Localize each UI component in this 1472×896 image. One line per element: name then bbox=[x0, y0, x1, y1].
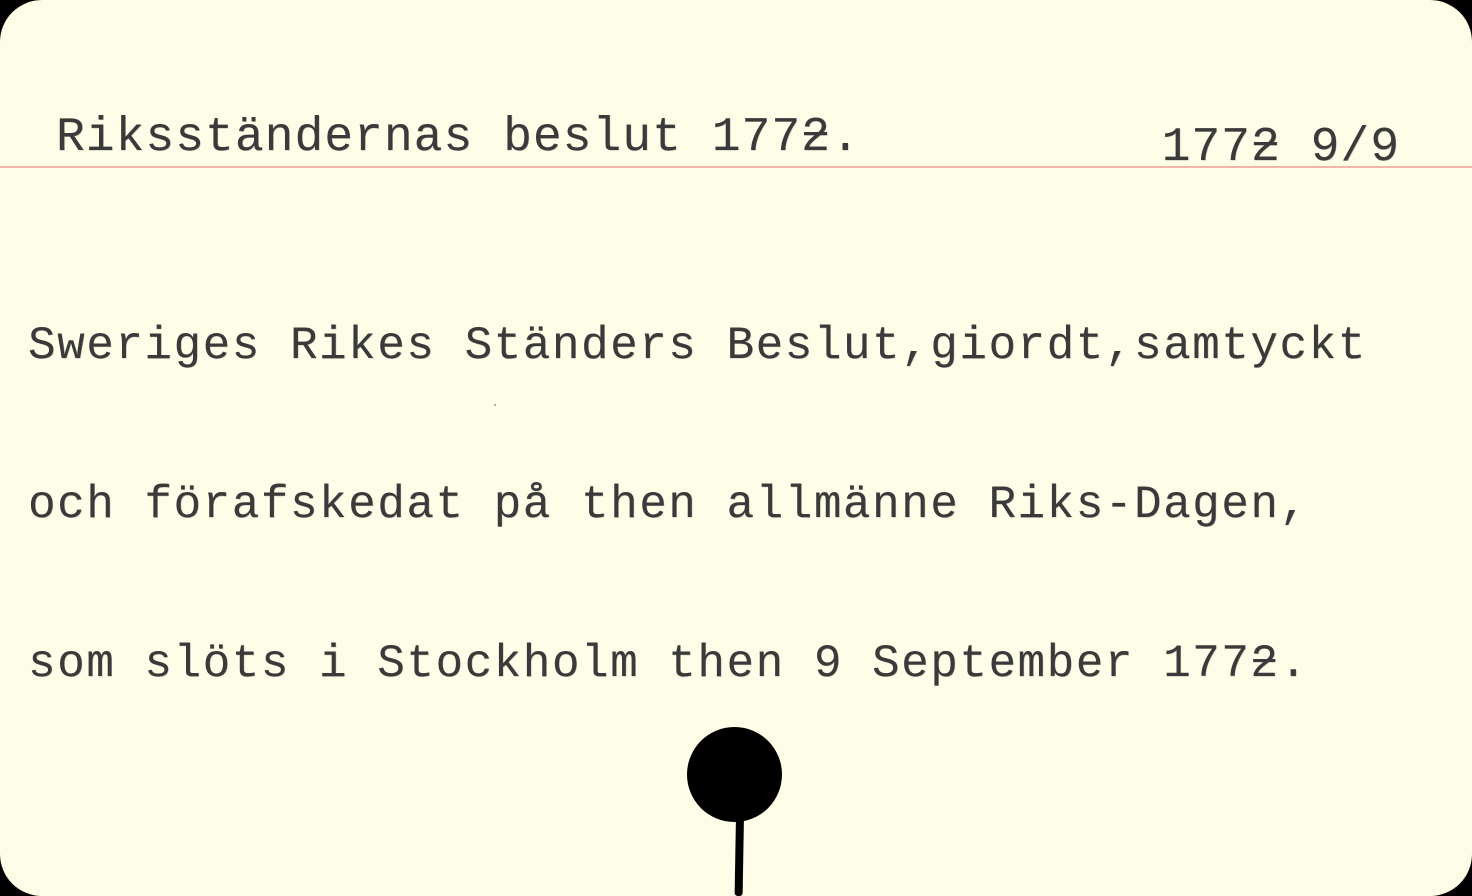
body-line: och förafskedat på then allmänne Riks-Da… bbox=[28, 479, 1367, 532]
body-line: Sweriges Rikes Ständers Beslut,giordt,sa… bbox=[28, 320, 1367, 373]
body-line: som slöts i Stockholm then 9 September 1… bbox=[28, 638, 1367, 691]
card-heading: Riksständernas beslut 177ƻ. bbox=[56, 110, 861, 166]
card-date: 177ƻ 9/9 bbox=[1162, 120, 1400, 176]
paper-speck bbox=[494, 404, 496, 406]
index-card: Riksständernas beslut 177ƻ. 177ƻ 9/9 Swe… bbox=[0, 0, 1472, 896]
card-body: Sweriges Rikes Ständers Beslut,giordt,sa… bbox=[28, 214, 1367, 797]
string-icon bbox=[735, 815, 744, 896]
punch-hole-icon bbox=[687, 727, 782, 822]
